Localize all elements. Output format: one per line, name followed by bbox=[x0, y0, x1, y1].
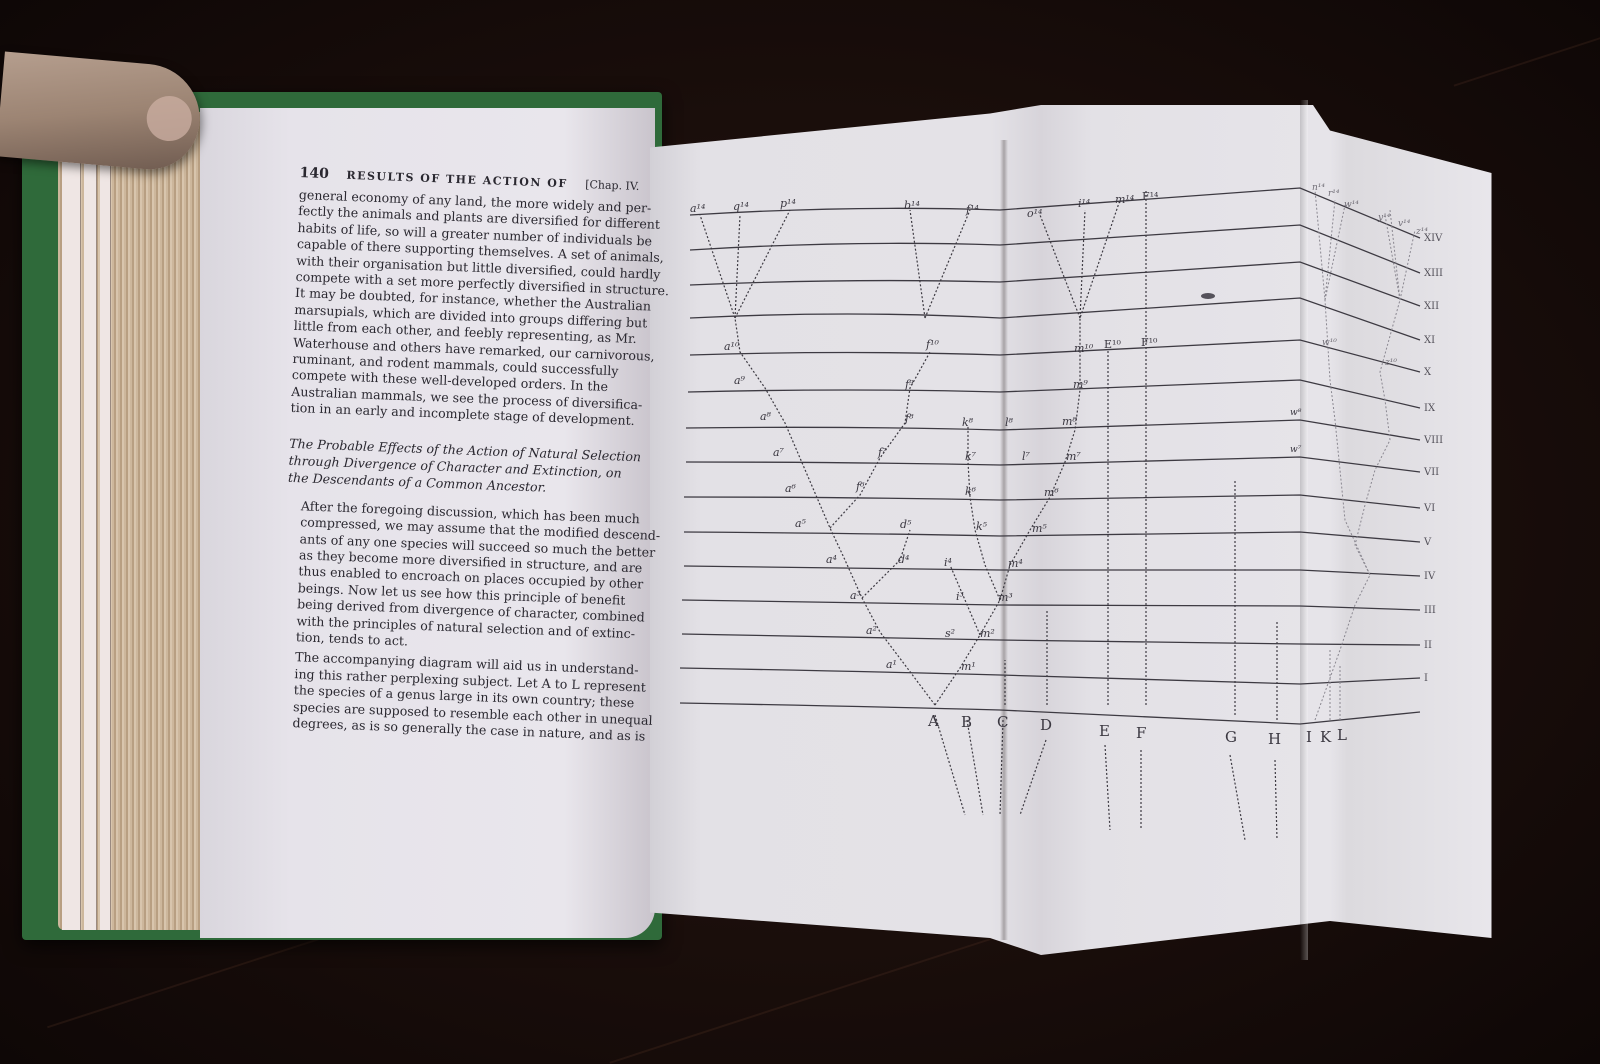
page-text: 140 RESULTS OF THE ACTION OF [Chap. IV. … bbox=[278, 165, 639, 744]
page-number: 140 bbox=[299, 165, 329, 182]
section-heading: The Probable Effects of the Action of Na… bbox=[288, 434, 630, 498]
thumbnail-nail bbox=[145, 94, 194, 143]
paragraph-1: general economy of any land, the more wi… bbox=[290, 187, 639, 430]
table-grain bbox=[1454, 35, 1600, 86]
paragraph-3: The accompanying diagram will aid us in … bbox=[278, 649, 621, 744]
book-gutter bbox=[1000, 140, 1008, 940]
chapter-marker: [Chap. IV. bbox=[585, 178, 640, 193]
table-grain bbox=[609, 938, 990, 1064]
page-edges bbox=[58, 112, 208, 930]
foldout-crease bbox=[1300, 100, 1308, 960]
paragraph-2: After the foregoing discussion, which ha… bbox=[282, 497, 627, 658]
thumb bbox=[0, 51, 204, 173]
foldout-diagram-sheet bbox=[650, 105, 1500, 955]
table-grain bbox=[47, 934, 333, 1029]
